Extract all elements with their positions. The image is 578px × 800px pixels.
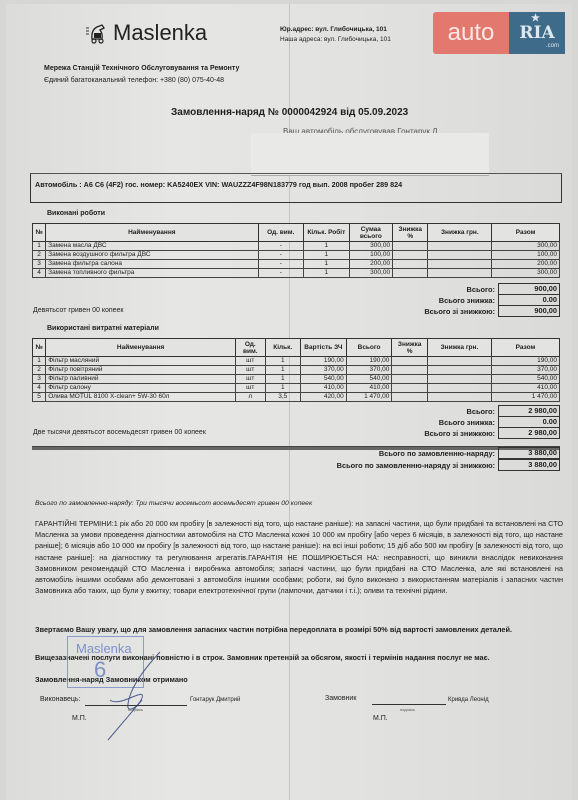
brand-name: Maslenka (113, 20, 207, 46)
car-info: Автомобіль : A6 C6 (4F2) гос. номер: KA5… (35, 180, 402, 189)
table-cell (427, 357, 491, 366)
table-cell: 190,00 (346, 357, 392, 366)
table-cell (393, 242, 428, 251)
works-table: №НайменуванняОд. вим.Кільк. РобітСумаа в… (32, 223, 560, 278)
table-cell: 1 (33, 242, 46, 251)
table-cell: 4 (33, 384, 46, 393)
works-with-discount: 900,00 (498, 305, 560, 317)
column-header: Вартість ЗЧ (301, 339, 347, 357)
table-cell: Замена масла ДВС (46, 242, 258, 251)
table-cell: 1 (265, 384, 301, 393)
our-address: Наша адреса: вул. Глибочицька, 101 (280, 35, 391, 45)
car-info-box: Автомобіль : A6 C6 (4F2) гос. номер: KA5… (30, 173, 562, 203)
grand-total: 3 880,00 (498, 447, 560, 459)
table-cell: 1 470,00 (491, 393, 559, 402)
handwritten-signature (90, 648, 180, 748)
executor-label: Виконавець: (40, 696, 81, 703)
table-cell: 1 (265, 357, 301, 366)
table-row: 2Замена воздушного фильтра ДВС-1100,0010… (33, 251, 560, 260)
table-cell: 1 470,00 (346, 393, 392, 402)
brand-logo: Maslenka (85, 20, 207, 46)
column-header: № (33, 339, 46, 357)
table-row: 1Фільтр маслянийшт1190,00190,00190,00 (33, 357, 560, 366)
materials-total-label: Всього: (467, 407, 498, 416)
warranty-terms: ГАРАНТІЙНІ ТЕРМІНИ:1 рік або 20 000 км п… (35, 518, 563, 596)
column-header: Кільк. (265, 339, 301, 357)
materials-table: №НайменуванняОд. вим.Кільк.Вартість ЗЧВс… (32, 338, 560, 402)
works-with-discount-row: Всього зі знижкою: 900,00 (424, 305, 560, 317)
table-cell: Фільтр повітряний (46, 366, 236, 375)
column-header: Всього (346, 339, 392, 357)
table-cell (427, 393, 491, 402)
grand-in-words: Всього по замовленню-наряду: Три тысячи … (35, 500, 312, 507)
table-cell: 3 (33, 260, 46, 269)
table-row: 3Замена фильтра салона-1200,00200,00 (33, 260, 560, 269)
table-cell: - (258, 251, 304, 260)
table-row: 5Олива MOTUL 8100 X-clean+ 5W-30 60лл3,5… (33, 393, 560, 402)
table-cell: 190,00 (301, 357, 347, 366)
customer-name: Кривда Леонід (448, 697, 489, 703)
table-cell: 1 (33, 357, 46, 366)
autoria-watermark: auto ★ RIA .com (433, 12, 565, 54)
column-header: Кільк. Робіт (304, 224, 350, 242)
table-row: 2Фільтр повітрянийшт1370,00370,00370,00 (33, 366, 560, 375)
table-cell: 410,00 (301, 384, 347, 393)
grand-total-row: Всього по замовленню-наряду: 3 880,00 (379, 447, 560, 459)
column-header: Од. вим. (258, 224, 304, 242)
materials-with-discount-label: Всього зі знижкою: (424, 429, 498, 438)
table-cell: 4 (33, 269, 46, 278)
paper-fold (289, 4, 290, 800)
table-cell: 1 (265, 375, 301, 384)
materials-in-words: Две тысячи девятьсот восемьдесят гривен … (33, 429, 206, 436)
table-cell: 100,00 (492, 251, 560, 260)
executor-signature-line (85, 704, 187, 706)
column-header: Знижка % (393, 224, 428, 242)
executor-name: Гонтарук Дмитрий (190, 697, 240, 703)
table-cell: Олива MOTUL 8100 X-clean+ 5W-30 60л (46, 393, 236, 402)
table-cell: 5 (33, 393, 46, 402)
table-cell: 190,00 (491, 357, 559, 366)
materials-discount-label: Всього знижка: (439, 418, 498, 427)
table-cell: - (258, 242, 304, 251)
company-phone: Єдиний багатоканальний телефон: +380 (80… (44, 75, 239, 87)
table-cell: 370,00 (301, 366, 347, 375)
works-with-discount-label: Всього зі знижкою: (424, 307, 498, 316)
table-cell: 300,00 (492, 242, 560, 251)
customer-seal: М.П. (373, 715, 388, 722)
table-cell (428, 251, 492, 260)
executor-signature-caption: подпись (128, 707, 143, 712)
works-total-label: Всього: (467, 285, 498, 294)
table-cell: шт (236, 375, 265, 384)
table-cell (393, 251, 428, 260)
table-cell: 370,00 (491, 366, 559, 375)
redacted-area (251, 133, 489, 176)
table-cell (393, 260, 428, 269)
watermark-ria: ★ RIA .com (509, 12, 565, 54)
table-cell (392, 357, 428, 366)
table-cell: 100,00 (349, 251, 392, 260)
executor-seal: М.П. (72, 715, 87, 722)
table-cell: 540,00 (491, 375, 559, 384)
table-cell (392, 393, 428, 402)
table-cell: - (258, 269, 304, 278)
table-cell: шт (236, 384, 265, 393)
customer-signature-caption: подпись (400, 707, 415, 712)
table-cell (428, 260, 492, 269)
table-cell: 300,00 (492, 269, 560, 278)
table-cell: 420,00 (301, 393, 347, 402)
table-cell: 300,00 (349, 242, 392, 251)
works-in-words: Девятьсот гривен 00 копеек (33, 307, 124, 314)
table-cell: Фільтр масляний (46, 357, 236, 366)
column-header: Найменування (46, 224, 258, 242)
table-row: 1Замена масла ДВС-1300,00300,00 (33, 242, 560, 251)
table-cell: Замена топливного фильтра (46, 269, 258, 278)
table-cell (427, 384, 491, 393)
prepayment-notice: Звертаємо Вашу увагу, що для замовлення … (35, 624, 563, 635)
grand-with-discount-label: Всього по замовленню-наряду зі знижкою: (337, 461, 498, 470)
column-header: Од. вим. (236, 339, 265, 357)
table-cell: л (236, 393, 265, 402)
table-cell: 1 (304, 242, 350, 251)
table-cell (392, 384, 428, 393)
table-cell: 410,00 (491, 384, 559, 393)
table-cell: 300,00 (349, 269, 392, 278)
grand-total-label: Всього по замовленню-наряду: (379, 449, 498, 458)
table-cell: 200,00 (349, 260, 392, 269)
table-cell: шт (236, 357, 265, 366)
table-cell: 370,00 (346, 366, 392, 375)
table-cell: 2 (33, 251, 46, 260)
works-discount-label: Всього знижка: (439, 296, 498, 305)
column-header: Сумаа всього (349, 224, 392, 242)
column-header: Знижка грн. (428, 224, 492, 242)
customer-label: Замовник (325, 695, 356, 702)
table-cell: шт (236, 366, 265, 375)
watermark-auto: auto (433, 12, 509, 54)
table-cell: 2 (33, 366, 46, 375)
grand-with-discount: 3 880,00 (498, 459, 560, 471)
order-title: Замовлення-наряд № 0000042924 від 05.09.… (171, 107, 408, 118)
table-cell (392, 366, 428, 375)
table-cell (427, 375, 491, 384)
watermark-ria-text: RIA (519, 23, 554, 43)
table-cell (427, 366, 491, 375)
materials-with-discount: 2 980,00 (498, 427, 560, 439)
table-cell: Замена воздушного фильтра ДВС (46, 251, 258, 260)
column-header: Знижка % (392, 339, 428, 357)
oil-can-icon (85, 22, 107, 44)
company-address: Юр.адрес: вул. Глибочицька, 101 Наша адр… (280, 25, 391, 45)
table-cell: 410,00 (346, 384, 392, 393)
table-cell: 1 (304, 260, 350, 269)
table-cell: 200,00 (492, 260, 560, 269)
table-cell: 540,00 (346, 375, 392, 384)
table-cell: 1 (304, 269, 350, 278)
grand-with-discount-row: Всього по замовленню-наряду зі знижкою: … (337, 459, 560, 471)
column-header: Разом (491, 339, 559, 357)
table-cell: 540,00 (301, 375, 347, 384)
table-cell: Фільтр паливний (46, 375, 236, 384)
table-cell (393, 269, 428, 278)
column-header: Знижка грн. (427, 339, 491, 357)
table-cell: Замена фильтра салона (46, 260, 258, 269)
table-cell (392, 375, 428, 384)
column-header: № (33, 224, 46, 242)
table-cell (428, 269, 492, 278)
star-icon: ★ (531, 13, 540, 24)
company-info: Мережа Станцій Технічного Обслуговування… (44, 63, 239, 87)
company-tagline: Мережа Станцій Технічного Обслуговування… (44, 65, 239, 72)
watermark-domain: .com (546, 43, 559, 49)
materials-with-discount-row: Всього зі знижкою: 2 980,00 (424, 427, 560, 439)
column-header: Найменування (46, 339, 236, 357)
table-row: 4Фільтр салонушт1410,00410,00410,00 (33, 384, 560, 393)
table-cell: 1 (265, 366, 301, 375)
table-cell: 3 (33, 375, 46, 384)
legal-address: Юр.адрес: вул. Глибочицька, 101 (280, 25, 391, 35)
works-section-title: Виконані роботи (47, 210, 105, 217)
table-cell: 3,5 (265, 393, 301, 402)
table-row: 3Фільтр паливнийшт1540,00540,00540,00 (33, 375, 560, 384)
table-cell: 1 (304, 251, 350, 260)
table-cell: - (258, 260, 304, 269)
table-cell: Фільтр салону (46, 384, 236, 393)
customer-signature-line (372, 703, 446, 705)
materials-section-title: Використані витратні матеріали (47, 325, 159, 332)
column-header: Разом (492, 224, 560, 242)
table-row: 4Замена топливного фильтра-1300,00300,00 (33, 269, 560, 278)
table-cell (428, 242, 492, 251)
